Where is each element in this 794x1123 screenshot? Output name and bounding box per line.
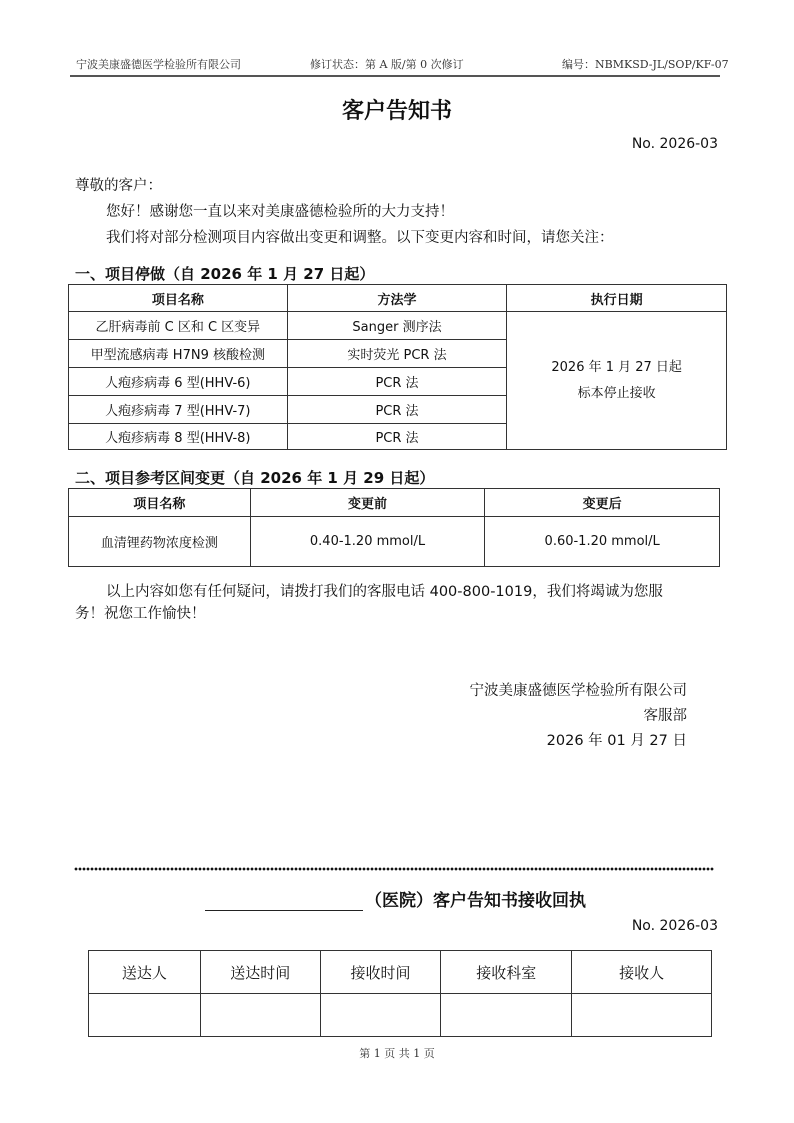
page-footer: 第 1 页 共 1 页	[0, 1045, 794, 1061]
receive-time-field[interactable]	[320, 994, 441, 1037]
column-header: 项目名称	[69, 285, 288, 312]
range-after: 0.60-1.20 mmol/L	[485, 517, 720, 567]
column-header: 方法学	[287, 285, 507, 312]
item-name: 人疱疹病毒 8 型(HHV-8)	[69, 424, 288, 450]
column-header: 接收人	[572, 951, 712, 994]
header-revision: 修订状态：第 A 版/第 0 次修订	[310, 56, 464, 72]
item-method: 实时荧光 PCR 法	[287, 340, 507, 368]
intro-line-1: 您好！感谢您一直以来对美康盛德检验所的大力支持！	[106, 200, 454, 221]
section2-heading: 二、项目参考区间变更（自 2026 年 1 月 29 日起）	[75, 467, 434, 488]
receiver-field[interactable]	[572, 994, 712, 1037]
header-divider	[70, 75, 720, 77]
item-method: PCR 法	[287, 424, 507, 450]
signature-date: 2026 年 01 月 27 日	[547, 729, 687, 750]
section1-heading: 一、项目停做（自 2026 年 1 月 27 日起）	[75, 263, 374, 284]
item-name: 甲型流感病毒 H7N9 核酸检测	[69, 340, 288, 368]
greeting: 尊敬的客户：	[75, 174, 162, 195]
table-row	[89, 994, 712, 1037]
header-company: 宁波美康盛德医学检验所有限公司	[76, 56, 241, 72]
closing-line-1: 以上内容如您有任何疑问，请拨打我们的客服电话 400-800-1019，我们将竭…	[106, 580, 663, 601]
column-header: 送达时间	[200, 951, 320, 994]
intro-line-2: 我们将对部分检测项目内容做出变更和调整。以下变更内容和时间，请您关注：	[106, 226, 614, 247]
item-method: PCR 法	[287, 396, 507, 424]
column-header: 变更前	[250, 489, 485, 517]
execution-date: 2026 年 1 月 27 日起	[507, 355, 726, 381]
receipt-title: （医院）客户告知书接收回执	[205, 886, 586, 911]
table-header-row: 项目名称 变更前 变更后	[69, 489, 720, 517]
column-header: 接收科室	[441, 951, 572, 994]
item-method: Sanger 测序法	[287, 312, 507, 340]
sender-field[interactable]	[89, 994, 201, 1037]
column-header: 接收时间	[320, 951, 441, 994]
hospital-name-blank[interactable]	[205, 892, 363, 911]
column-header: 执行日期	[507, 285, 727, 312]
execution-note: 标本停止接收	[507, 381, 726, 407]
signature-company: 宁波美康盛德医学检验所有限公司	[470, 679, 688, 700]
cut-line-divider	[74, 866, 714, 872]
execution-date-cell: 2026 年 1 月 27 日起 标本停止接收	[507, 312, 727, 450]
item-name: 乙肝病毒前 C 区和 C 区变异	[69, 312, 288, 340]
item-method: PCR 法	[287, 368, 507, 396]
discontinued-items-table: 项目名称 方法学 执行日期 乙肝病毒前 C 区和 C 区变异 Sanger 测序…	[68, 284, 727, 450]
doc-number: No. 2026-03	[632, 136, 718, 152]
item-name: 血清锂药物浓度检测	[69, 517, 251, 567]
receipt-table: 送达人 送达时间 接收时间 接收科室 接收人	[88, 950, 712, 1037]
table-header-row: 项目名称 方法学 执行日期	[69, 285, 727, 312]
header-code: 编号：NBMKSD-JL/SOP/KF-07	[562, 56, 729, 72]
column-header: 变更后	[485, 489, 720, 517]
receipt-title-text: （医院）客户告知书接收回执	[365, 891, 586, 911]
item-name: 人疱疹病毒 6 型(HHV-6)	[69, 368, 288, 396]
table-header-row: 送达人 送达时间 接收时间 接收科室 接收人	[89, 951, 712, 994]
signature-department: 客服部	[644, 704, 688, 725]
reference-range-table: 项目名称 变更前 变更后 血清锂药物浓度检测 0.40-1.20 mmol/L …	[68, 488, 720, 567]
page-title: 客户告知书	[0, 94, 794, 125]
column-header: 项目名称	[69, 489, 251, 517]
table-row: 乙肝病毒前 C 区和 C 区变异 Sanger 测序法 2026 年 1 月 2…	[69, 312, 727, 340]
send-time-field[interactable]	[200, 994, 320, 1037]
item-name: 人疱疹病毒 7 型(HHV-7)	[69, 396, 288, 424]
receipt-doc-number: No. 2026-03	[632, 918, 718, 934]
range-before: 0.40-1.20 mmol/L	[250, 517, 485, 567]
column-header: 送达人	[89, 951, 201, 994]
table-row: 血清锂药物浓度检测 0.40-1.20 mmol/L 0.60-1.20 mmo…	[69, 517, 720, 567]
closing-line-2: 务！祝您工作愉快！	[75, 602, 206, 623]
receiving-department-field[interactable]	[441, 994, 572, 1037]
